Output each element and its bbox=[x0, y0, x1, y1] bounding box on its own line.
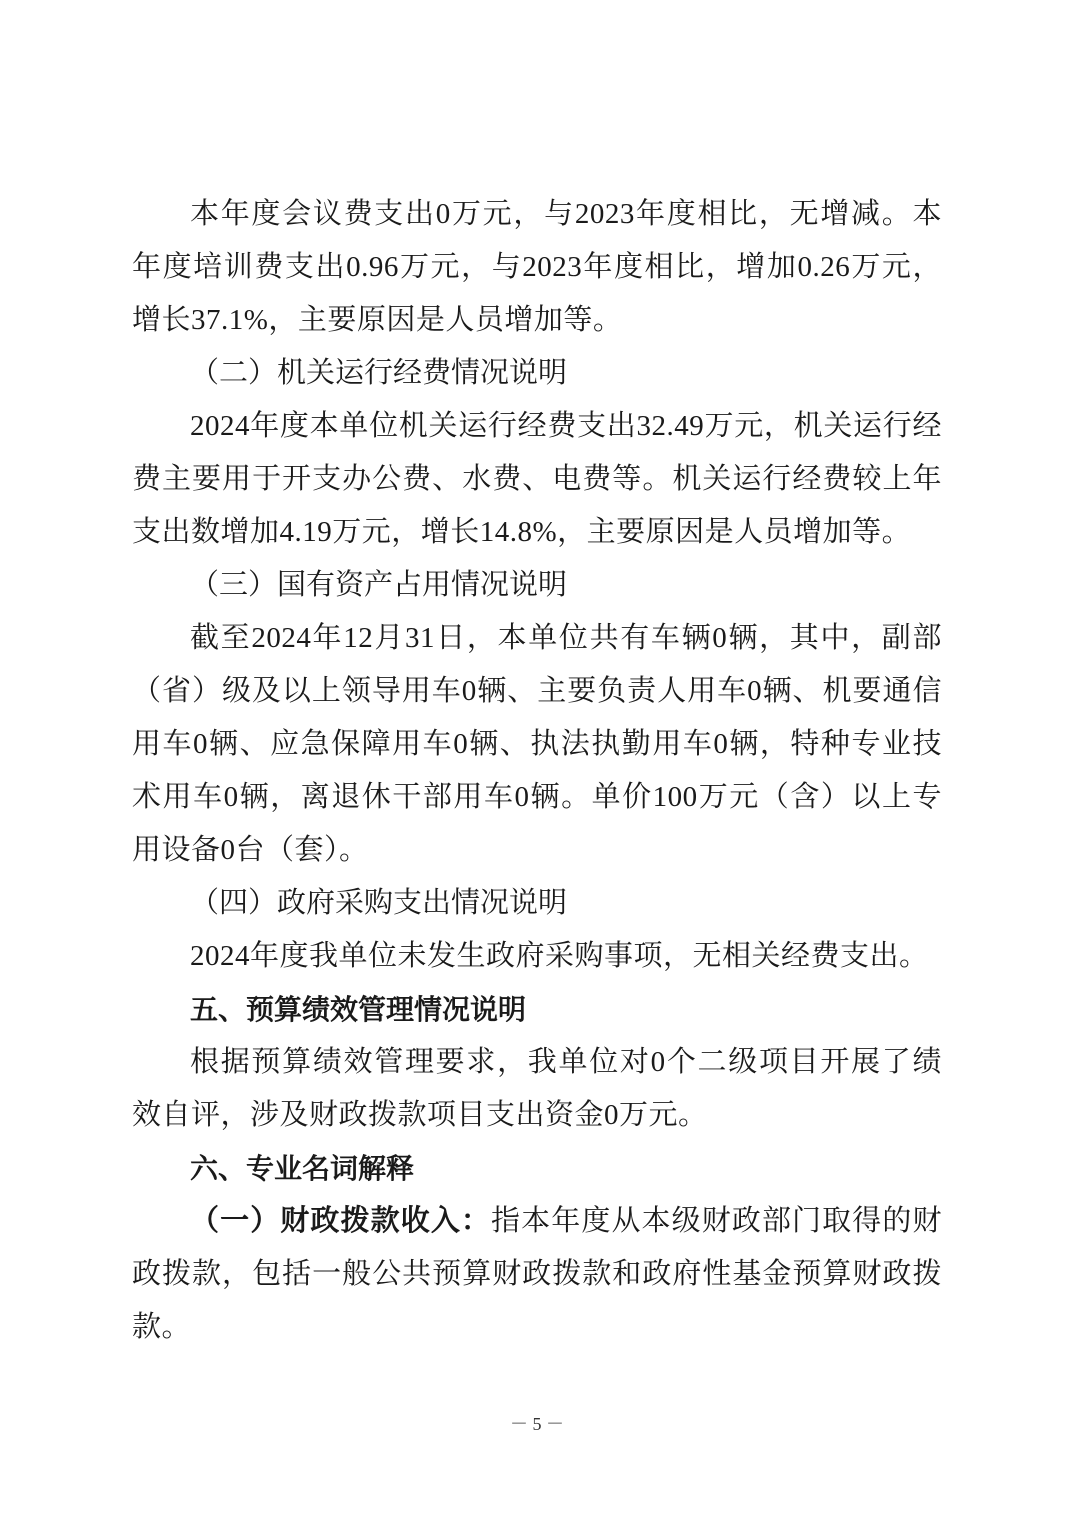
paragraph-state-assets: 截至2024年12月31日，本单位共有车辆0辆，其中，副部（省）级及以上领导用车… bbox=[132, 612, 942, 877]
subheading-operating-expenses: （二）机关运行经费情况说明 bbox=[132, 347, 942, 400]
subheading-state-assets: （三）国有资产占用情况说明 bbox=[132, 559, 942, 612]
paragraph-glossary-fiscal-appropriation: （一）财政拨款收入：指本年度从本级财政部门取得的财政拨款，包括一般公共预算财政拨… bbox=[132, 1195, 942, 1354]
subheading-government-procurement: （四）政府采购支出情况说明 bbox=[132, 877, 942, 930]
heading-performance-management: 五、预算绩效管理情况说明 bbox=[132, 983, 942, 1036]
paragraph-operating-expenses: 2024年度本单位机关运行经费支出32.49万元，机关运行经费主要用于开支办公费… bbox=[132, 400, 942, 559]
heading-glossary: 六、专业名词解释 bbox=[132, 1142, 942, 1195]
glossary-term: （一）财政拨款收入： bbox=[190, 1205, 491, 1237]
document-page: 本年度会议费支出0万元，与2023年度相比，无增减。本年度培训费支出0.96万元… bbox=[132, 188, 942, 1354]
paragraph-performance-management: 根据预算绩效管理要求，我单位对0个二级项目开展了绩效自评，涉及财政拨款项目支出资… bbox=[132, 1036, 942, 1142]
page-number: － 5 － bbox=[0, 1410, 1074, 1436]
paragraph-government-procurement: 2024年度我单位未发生政府采购事项，无相关经费支出。 bbox=[132, 930, 942, 983]
paragraph-meeting-training-fees: 本年度会议费支出0万元，与2023年度相比，无增减。本年度培训费支出0.96万元… bbox=[132, 188, 942, 347]
